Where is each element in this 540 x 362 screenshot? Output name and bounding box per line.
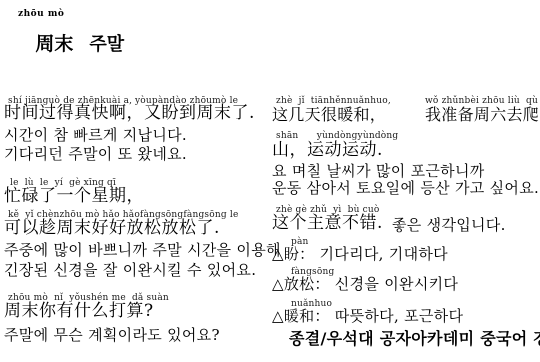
sentence-chinese: 时间过得真快啊，又盼到周末了. — [4, 105, 255, 122]
sentence-chinese: 这几天很暖和， — [272, 107, 386, 123]
vocab-entry: △暖和： 따뜻하다, 포근하다 — [272, 309, 463, 324]
sentence-korean: 기다리던 주말이 또 왔네요. — [4, 147, 187, 162]
sentence-korean: 좋은 생각입니다. — [392, 218, 506, 233]
sentence-chinese: 我准备周六去爬 — [425, 107, 539, 123]
sentence-korean: 주말에 무슨 계획이라도 있어요? — [4, 328, 220, 343]
title-pinyin: zhōu mò — [18, 10, 64, 19]
page-title: 周末주말 — [15, 19, 124, 70]
sentence-korean: 긴장된 신경을 잘 이완시킬 수 있어요. — [4, 263, 256, 278]
sentence-korean: 시간이 참 빠르게 지납니다. — [4, 128, 187, 143]
sentence-korean: 운동 삼아서 토요일에 등산 가고 싶어요. — [272, 181, 539, 196]
sentence-chinese: 可以趁周末好好放松放松了. — [4, 220, 220, 237]
vocab-entry: △放松： 신경을 이완시키다 — [272, 277, 458, 292]
title-chinese: 周末 — [35, 33, 73, 55]
lesson-page: zhōu mò 周末주말 shí jiānguò de zhēnkuài a, … — [0, 0, 540, 362]
sentence-korean: 요 며칠 날씨가 많이 포근하니까 — [272, 164, 485, 179]
vocab-entry: △盼： 기다리다, 기대하다 — [272, 247, 448, 262]
sentence-chinese: 周末你有什么打算? — [4, 303, 154, 320]
sentence-chinese: 山，运动运动. — [272, 142, 383, 159]
sentence-chinese: 这个主意不错. — [272, 215, 383, 232]
sentence-korean: 주중에 많이 바쁘니까 주말 시간을 이용해 — [4, 243, 281, 258]
sentence-chinese: 忙碌了一个星期， — [4, 188, 144, 205]
title-korean: 주말 — [89, 34, 124, 55]
page-footer: 종결/우석대 공자아카데미 중국어 강사 — [289, 331, 540, 347]
